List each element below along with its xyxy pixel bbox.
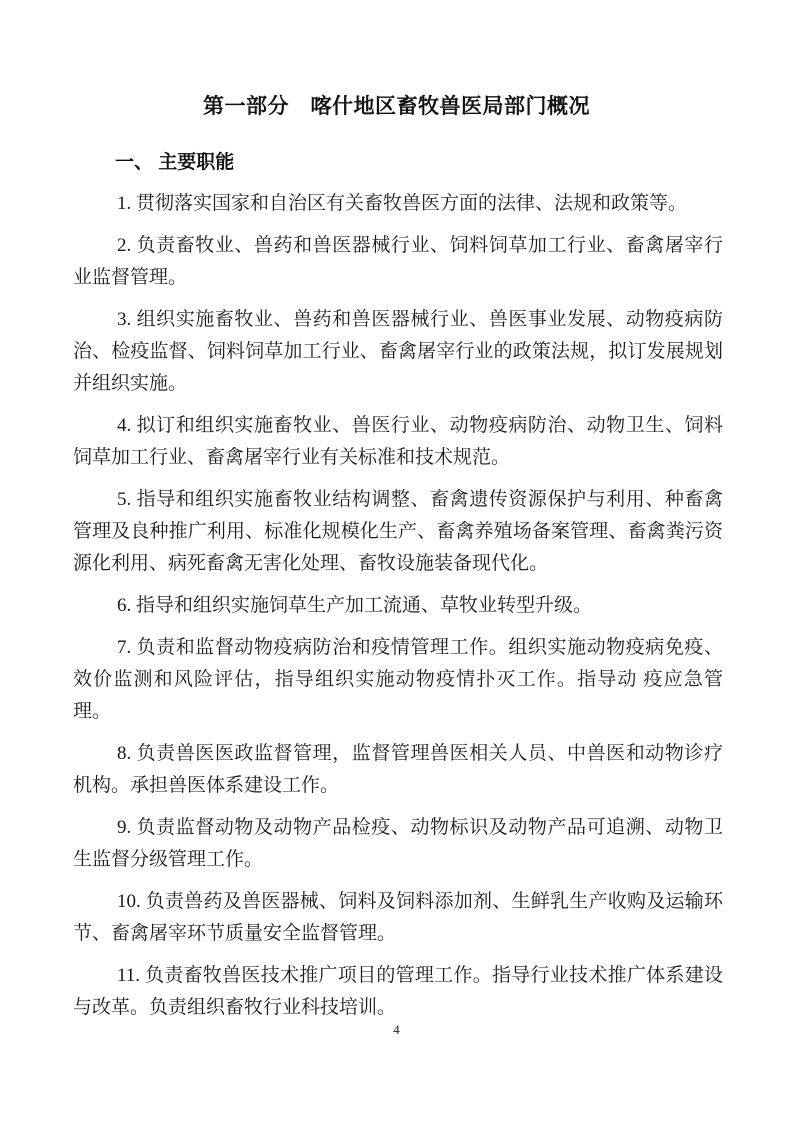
paragraph-10: 10. 负责兽药及兽医器械、饲料及饲料添加剂、生鲜乳生产收购及运输环节、畜禽屠宰…: [73, 886, 723, 950]
paragraph-7: 7. 负责和监督动物疫病防治和疫情管理工作。组织实施动物疫病免疫、效价监测和风险…: [73, 632, 723, 728]
paragraph-4: 4. 拟订和组织实施畜牧业、兽医行业、动物疫病防治、动物卫生、饲料饲草加工行业、…: [73, 410, 723, 474]
paragraph-2: 2. 负责畜牧业、兽药和兽医器械行业、饲料饲草加工行业、畜禽屠宰行业监督管理。: [73, 230, 723, 294]
page-number: 4: [0, 1022, 793, 1038]
paragraph-11: 11. 负责畜牧兽医技术推广项目的管理工作。指导行业技术推广体系建设与改革。负责…: [73, 960, 723, 1024]
paragraph-8: 8. 负责兽医医政监督管理，监督管理兽医相关人员、中兽医和动物诊疗机构。承担兽医…: [73, 738, 723, 802]
paragraph-5: 5. 指导和组织实施畜牧业结构调整、畜禽遗传资源保护与利用、种畜禽管理及良种推广…: [73, 484, 723, 580]
paragraph-1: 1. 贯彻落实国家和自治区有关畜牧兽医方面的法律、法规和政策等。: [73, 188, 723, 220]
paragraph-3: 3. 组织实施畜牧业、兽药和兽医器械行业、兽医事业发展、动物疫病防治、检疫监督、…: [73, 304, 723, 400]
document-page: 第一部分 喀什地区畜牧兽医局部门概况 一、 主要职能 1. 贯彻落实国家和自治区…: [0, 0, 793, 1122]
section-heading: 一、 主要职能: [0, 152, 793, 174]
paragraph-6: 6. 指导和组织实施饲草生产加工流通、草牧业转型升级。: [73, 590, 723, 622]
page-title: 第一部分 喀什地区畜牧兽医局部门概况: [0, 0, 793, 120]
document-body: 1. 贯彻落实国家和自治区有关畜牧兽医方面的法律、法规和政策等。 2. 负责畜牧…: [73, 188, 723, 1024]
paragraph-9: 9. 负责监督动物及动物产品检疫、动物标识及动物产品可追溯、动物卫生监督分级管理…: [73, 812, 723, 876]
